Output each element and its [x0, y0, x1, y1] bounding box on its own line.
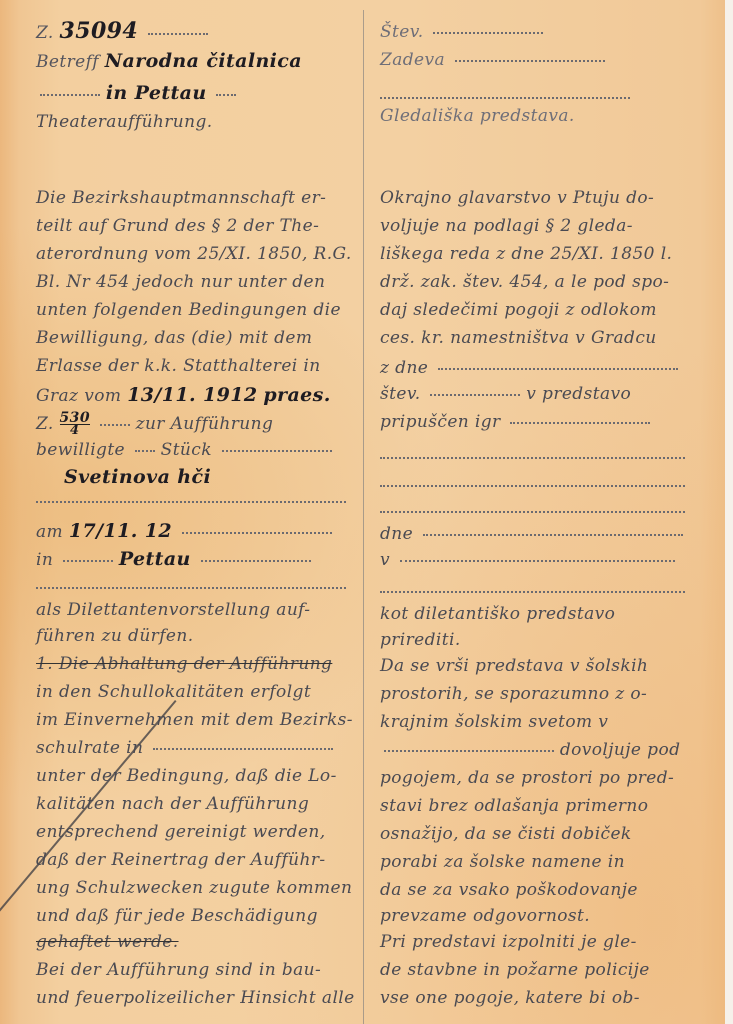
dne-line: dne — [380, 524, 683, 544]
dotted-fill — [135, 449, 155, 452]
subject-value-2: in Pettau — [106, 82, 207, 104]
dotted-fill — [430, 393, 520, 396]
condition-end-struck: gehaftet werde. — [36, 932, 179, 952]
date-prefix: am — [36, 522, 63, 542]
zadeva-line: Zadeva — [380, 50, 605, 70]
condition-line: entsprechend gereinigt werden, — [36, 822, 326, 842]
subject-value: Narodna čitalnica — [105, 50, 302, 72]
graz-date: 13/11. 1912 — [127, 384, 257, 406]
condition-text: dovoljuje pod — [560, 740, 681, 760]
condition-line: in den Schullokalitäten erfolgt — [36, 682, 311, 702]
z-dne-line: z dne — [380, 358, 678, 378]
document-page: Z. 35094 Betreff Narodna čitalnica in Pe… — [0, 0, 725, 1024]
number-line: Z. 35094 — [36, 18, 208, 44]
dotted-fill — [438, 367, 678, 370]
scan-margin — [725, 0, 733, 1024]
v-line: v — [380, 550, 675, 570]
body-line: Bewilligung, das (die) mit dem — [36, 328, 312, 348]
zadeva-label: Zadeva — [380, 50, 445, 70]
dotted-row — [380, 590, 685, 593]
approved-line: bewilligte Stück — [36, 440, 332, 460]
dotted-fill — [510, 421, 650, 424]
condition-line: im Einvernehmen mit dem Bezirks- — [36, 710, 353, 730]
z-suffix: zur Aufführung — [136, 414, 274, 434]
dotted-fill — [423, 533, 683, 536]
condition-line: prevzame odgovornost. — [380, 906, 590, 926]
z-fraction: 530 4 — [60, 412, 90, 437]
z-fraction-den: 4 — [60, 425, 90, 437]
condition-struck: 1. Die Abhaltung der Aufführung — [36, 654, 332, 674]
condition-line: schulrate in — [36, 738, 333, 758]
dotted-fill — [153, 747, 333, 750]
play-title: Svetinova hči — [64, 466, 211, 488]
dotted-fill — [40, 93, 100, 96]
body-line: aterordnung vom 25/XI. 1850, R.G. — [36, 244, 352, 264]
as-line: prirediti. — [380, 630, 461, 650]
approved-suffix: Stück — [161, 440, 212, 460]
condition-line: da se za vsako poškodovanje — [380, 880, 638, 900]
body-line: Okrajno glavarstvo v Ptuju do- — [380, 188, 654, 208]
number-prefix: Z. — [36, 23, 54, 43]
body-line: Bl. Nr 454 jedoch nur unter den — [36, 272, 325, 292]
condition-line: ung Schulzwecken zugute kommen — [36, 878, 352, 898]
condition-line: unter der Bedingung, daß die Lo- — [36, 766, 337, 786]
dotted-row — [380, 510, 685, 513]
condition-line: osnažijo, da se čisti dobiček — [380, 824, 632, 844]
dotted-fill — [433, 31, 543, 34]
body-line: ces. kr. namestništva v Gradcu — [380, 328, 657, 348]
condition-line: krajnim šolskim svetom v — [380, 712, 608, 732]
approved-prefix: bewilligte — [36, 440, 125, 460]
condition-line: vse one pogoje, katere bi ob- — [380, 988, 640, 1008]
dotted-fill — [216, 93, 236, 96]
body-line: teilt auf Grund des § 2 der The- — [36, 216, 319, 236]
dotted-row — [380, 96, 630, 99]
condition-line: pogojem, da se prostori po pred- — [380, 768, 674, 788]
stev-line: Štev. — [380, 22, 543, 42]
dotted-fill — [400, 559, 675, 562]
date-line: am 17/11. 12 — [36, 520, 332, 542]
final-line: Bei der Aufführung sind in bau- — [36, 960, 321, 980]
admitted-line: pripuščen igr — [380, 412, 650, 432]
subject-prefix: Betreff — [36, 52, 99, 72]
dotted-row — [380, 484, 685, 487]
condition-line: dovoljuje pod — [380, 740, 680, 760]
performance-date: 17/11. 12 — [69, 520, 172, 542]
date-label: z dne — [380, 358, 428, 378]
subject-line-2: in Pettau — [36, 82, 236, 104]
body-line: unten folgenden Bedingungen die — [36, 300, 341, 320]
dotted-fill — [201, 559, 311, 562]
as-line: kot diletantiško predstavo — [380, 604, 615, 624]
z-prefix: Z. — [36, 414, 54, 434]
condition-line: und daß für jede Beschädigung — [36, 906, 318, 926]
condition-line: Pri predstavi izpolniti je gle- — [380, 932, 637, 952]
dotted-fill — [455, 59, 605, 62]
play-title-line: Svetinova hči — [64, 466, 211, 488]
condition-text: schulrate in — [36, 738, 143, 758]
body-line: voljuje na podlagi § 2 gleda- — [380, 216, 633, 236]
dotted-fill — [182, 531, 332, 534]
dotted-fill — [222, 449, 332, 452]
body-line: Die Bezirkshauptmannschaft er- — [36, 188, 326, 208]
z-line: Z. 530 4 zur Aufführung — [36, 412, 273, 437]
stev-line-2: štev. v predstavo — [380, 384, 631, 404]
subject-line: Betreff Narodna čitalnica — [36, 50, 302, 72]
condition-line: porabi za šolske namene in — [380, 852, 625, 872]
graz-line: Graz vom 13/11. 1912 praes. — [36, 384, 331, 406]
column-divider — [363, 10, 364, 1024]
condition-line: stavi brez odlašanja primerno — [380, 796, 648, 816]
dotted-fill — [384, 749, 554, 752]
body-line: liškega reda z dne 25/XI. 1850 l. — [380, 244, 672, 264]
condition-line: daß der Reinertrag der Aufführ- — [36, 850, 326, 870]
v-label: v — [380, 550, 390, 570]
dne-label: dne — [380, 524, 413, 544]
dotted-fill — [63, 559, 113, 562]
admitted-text: pripuščen igr — [380, 412, 501, 432]
as-line: führen zu dürfen. — [36, 626, 194, 646]
stev-label: Štev. — [380, 22, 424, 42]
stev-label-2: štev. — [380, 384, 421, 404]
dotted-fill — [100, 423, 130, 426]
body-line: drž. zak. štev. 454, a le pod spo- — [380, 272, 669, 292]
dotted-row — [36, 500, 346, 503]
final-line: und feuerpolizeilicher Hinsicht alle — [36, 988, 355, 1008]
condition-line: de stavbne in požarne policije — [380, 960, 650, 980]
place-line: in Pettau — [36, 548, 311, 570]
place-prefix: in — [36, 550, 53, 570]
condition-line: prostorih, se sporazumno z o- — [380, 684, 647, 704]
body-line: Erlasse der k.k. Statthalterei in — [36, 356, 321, 376]
heading-german: Theateraufführung. — [36, 112, 213, 132]
graz-suffix: praes. — [263, 384, 330, 406]
graz-prefix: Graz vom — [36, 386, 121, 406]
body-line: daj sledečimi pogoji z odlokom — [380, 300, 657, 320]
heading-slovene: Gledališka predstava. — [380, 106, 575, 126]
document-number: 35094 — [60, 18, 139, 44]
condition-line: Da se vrši predstava v šolskih — [380, 656, 648, 676]
dotted-row — [36, 586, 346, 589]
performance-place: Pettau — [119, 548, 191, 570]
as-line: als Dilettantenvorstellung auf- — [36, 600, 310, 620]
dotted-fill — [148, 32, 208, 35]
condition-line: kalitäten nach der Aufführung — [36, 794, 309, 814]
perf-text: v predstavo — [526, 384, 631, 404]
dotted-row — [380, 456, 685, 459]
